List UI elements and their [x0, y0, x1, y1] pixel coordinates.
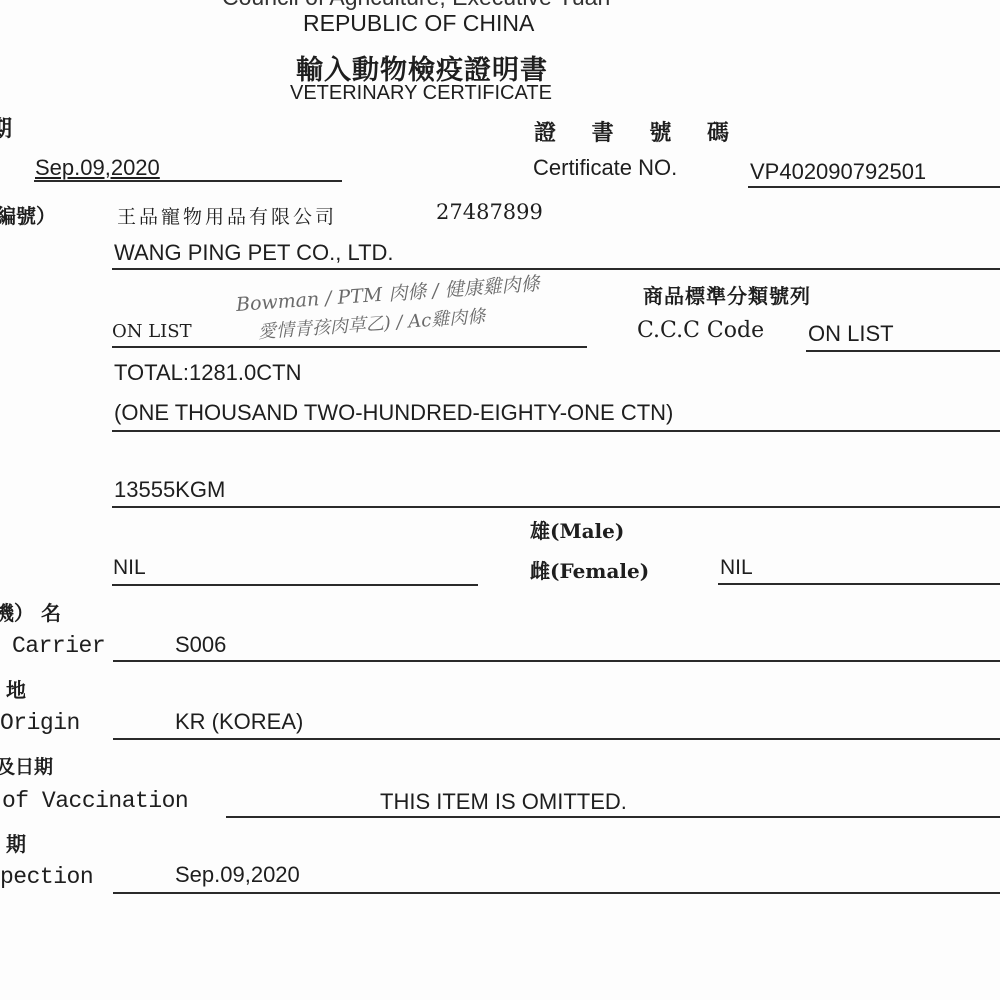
- origin-underline: [113, 738, 1000, 740]
- commodity-value: ON LIST: [112, 321, 192, 342]
- vaccination-underline: [226, 816, 1000, 818]
- inspection-label: pection: [0, 864, 93, 890]
- ccc-label-chinese: 商品標準分類號列: [643, 280, 811, 309]
- carrier-value: S006: [175, 632, 226, 658]
- sex-right-underline: [718, 583, 1000, 585]
- origin-value: KR (KOREA): [175, 709, 303, 735]
- commodity-underline: [112, 346, 587, 348]
- inspection-underline: [113, 892, 1000, 894]
- male-label: 雄(Male): [530, 515, 624, 544]
- veterinary-certificate: Council of Agriculture, Executive Yuan R…: [0, 0, 1000, 1000]
- carrier-label: Carrier: [12, 633, 105, 659]
- origin-label-chinese: 地: [6, 674, 26, 703]
- importer-underline: [112, 268, 1000, 270]
- sex-left-underline: [112, 584, 478, 586]
- ccc-underline: [806, 350, 1000, 352]
- importer-name-english: WANG PING PET CO., LTD.: [114, 240, 394, 266]
- ccc-value: ON LIST: [808, 321, 894, 347]
- quantity-words: (ONE THOUSAND TWO-HUNDRED-EIGHTY-ONE CTN…: [114, 400, 673, 426]
- country-name: REPUBLIC OF CHINA: [303, 10, 534, 37]
- sex-right-value: NIL: [720, 556, 753, 580]
- quantity-underline: [112, 430, 1000, 432]
- importer-label-partial: 編號）: [0, 200, 56, 229]
- issue-date-underline: [34, 180, 342, 182]
- certificate-underline: [748, 186, 1000, 188]
- certificate-number: VP402090792501: [750, 159, 926, 185]
- certificate-label-chinese: 證 書 號 碼: [534, 116, 743, 147]
- certificate-label: Certificate NO.: [533, 155, 677, 181]
- quantity-total: TOTAL:1281.0CTN: [114, 360, 301, 386]
- weight-value: 13555KGM: [114, 477, 225, 503]
- carrier-label-chinese: 機） 名: [0, 597, 61, 626]
- inspection-label-chinese: 期: [6, 828, 26, 857]
- vaccination-label: of Vaccination: [2, 788, 188, 814]
- vaccination-value: THIS ITEM IS OMITTED.: [380, 789, 627, 815]
- inspection-date: Sep.09,2020: [175, 862, 300, 888]
- ccc-label: C.C.C Code: [637, 318, 764, 343]
- weight-underline: [112, 506, 1000, 508]
- female-label: 雌(Female): [530, 555, 649, 584]
- importer-name-chinese: 王品寵物用品有限公司: [117, 202, 337, 229]
- importer-id: 27487899: [436, 200, 543, 224]
- issue-date: Sep.09,2020: [35, 155, 160, 181]
- origin-label: Origin: [0, 710, 80, 736]
- date-label-partial: 期: [0, 112, 12, 143]
- title-english: VETERINARY CERTIFICATE: [290, 82, 552, 105]
- sex-left-value: NIL: [113, 556, 146, 580]
- carrier-underline: [113, 660, 1000, 662]
- vaccination-label-chinese: 及日期: [0, 752, 53, 779]
